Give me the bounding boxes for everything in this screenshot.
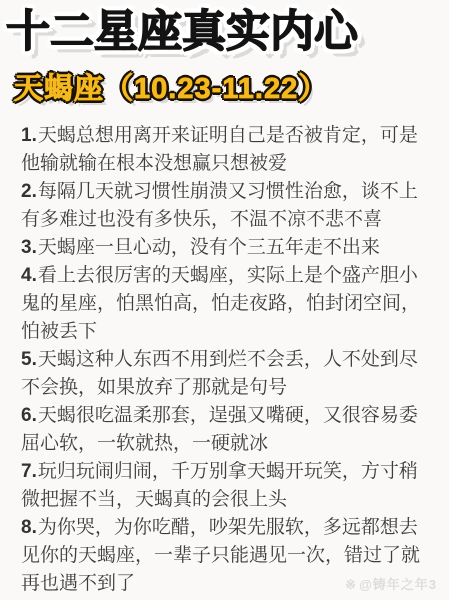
trait-item-2: 2.每隔几天就习惯性崩溃又习惯性治愈，谈不上有多难过也没有多快乐，不温不凉不悲不… xyxy=(21,178,435,234)
page-title: 十二星座真实内心 xyxy=(0,0,449,58)
watermark-paw-icon: ※ xyxy=(345,577,357,592)
trait-text: 天蝎这种人东西不用到烂不会丢，人不处到尽不会换，如果放弃了那就是句号 xyxy=(21,349,418,398)
watermark: ※@铸年之年3 xyxy=(345,574,437,593)
trait-number: 2. xyxy=(21,181,37,202)
traits-list: 1.天蝎总想用离开来证明自己是否被肯定，可是他输就输在根本没想赢只想被爱2.每隔… xyxy=(21,122,435,598)
trait-item-4: 4.看上去很厉害的天蝎座，实际上是个盛产胆小鬼的星座，怕黑怕高，怕走夜路，怕封闭… xyxy=(21,262,435,346)
trait-number: 6. xyxy=(21,405,37,426)
trait-text: 天蝎总想用离开来证明自己是否被肯定，可是他输就输在根本没想赢只想被爱 xyxy=(21,125,418,174)
trait-number: 3. xyxy=(21,237,37,258)
trait-text: 玩归玩闹归闹，千万别拿天蝎开玩笑，方寸稍微把握不当，天蝎真的会很上头 xyxy=(21,461,418,510)
trait-item-5: 5.天蝎这种人东西不用到烂不会丢，人不处到尽不会换，如果放弃了那就是句号 xyxy=(21,346,435,402)
zodiac-inner-heart-card: 十二星座真实内心 天蝎座（10.23-11.22） 1.天蝎总想用离开来证明自己… xyxy=(0,0,449,600)
trait-item-3: 3.天蝎座一旦心动，没有个三五年走不出来 xyxy=(21,234,435,262)
trait-text: 天蝎很吃温柔那套，逞强又嘴硬，又很容易委屈心软，一软就热，一硬就冰 xyxy=(21,405,418,454)
trait-item-6: 6.天蝎很吃温柔那套，逞强又嘴硬，又很容易委屈心软，一软就热，一硬就冰 xyxy=(21,402,435,458)
trait-text: 每隔几天就习惯性崩溃又习惯性治愈，谈不上有多难过也没有多快乐，不温不凉不悲不喜 xyxy=(21,181,418,230)
zodiac-sign-subtitle: 天蝎座（10.23-11.22） xyxy=(0,58,449,108)
trait-number: 1. xyxy=(21,125,37,146)
trait-number: 4. xyxy=(21,265,37,286)
trait-item-1: 1.天蝎总想用离开来证明自己是否被肯定，可是他输就输在根本没想赢只想被爱 xyxy=(21,122,435,178)
trait-text: 天蝎座一旦心动，没有个三五年走不出来 xyxy=(38,237,380,258)
trait-number: 7. xyxy=(21,461,37,482)
watermark-handle: @铸年之年3 xyxy=(359,577,437,592)
trait-number: 8. xyxy=(21,517,37,538)
trait-item-7: 7.玩归玩闹归闹，千万别拿天蝎开玩笑，方寸稍微把握不当，天蝎真的会很上头 xyxy=(21,458,435,514)
trait-text: 看上去很厉害的天蝎座，实际上是个盛产胆小鬼的星座，怕黑怕高，怕走夜路，怕封闭空间… xyxy=(21,265,420,342)
trait-number: 5. xyxy=(21,349,37,370)
